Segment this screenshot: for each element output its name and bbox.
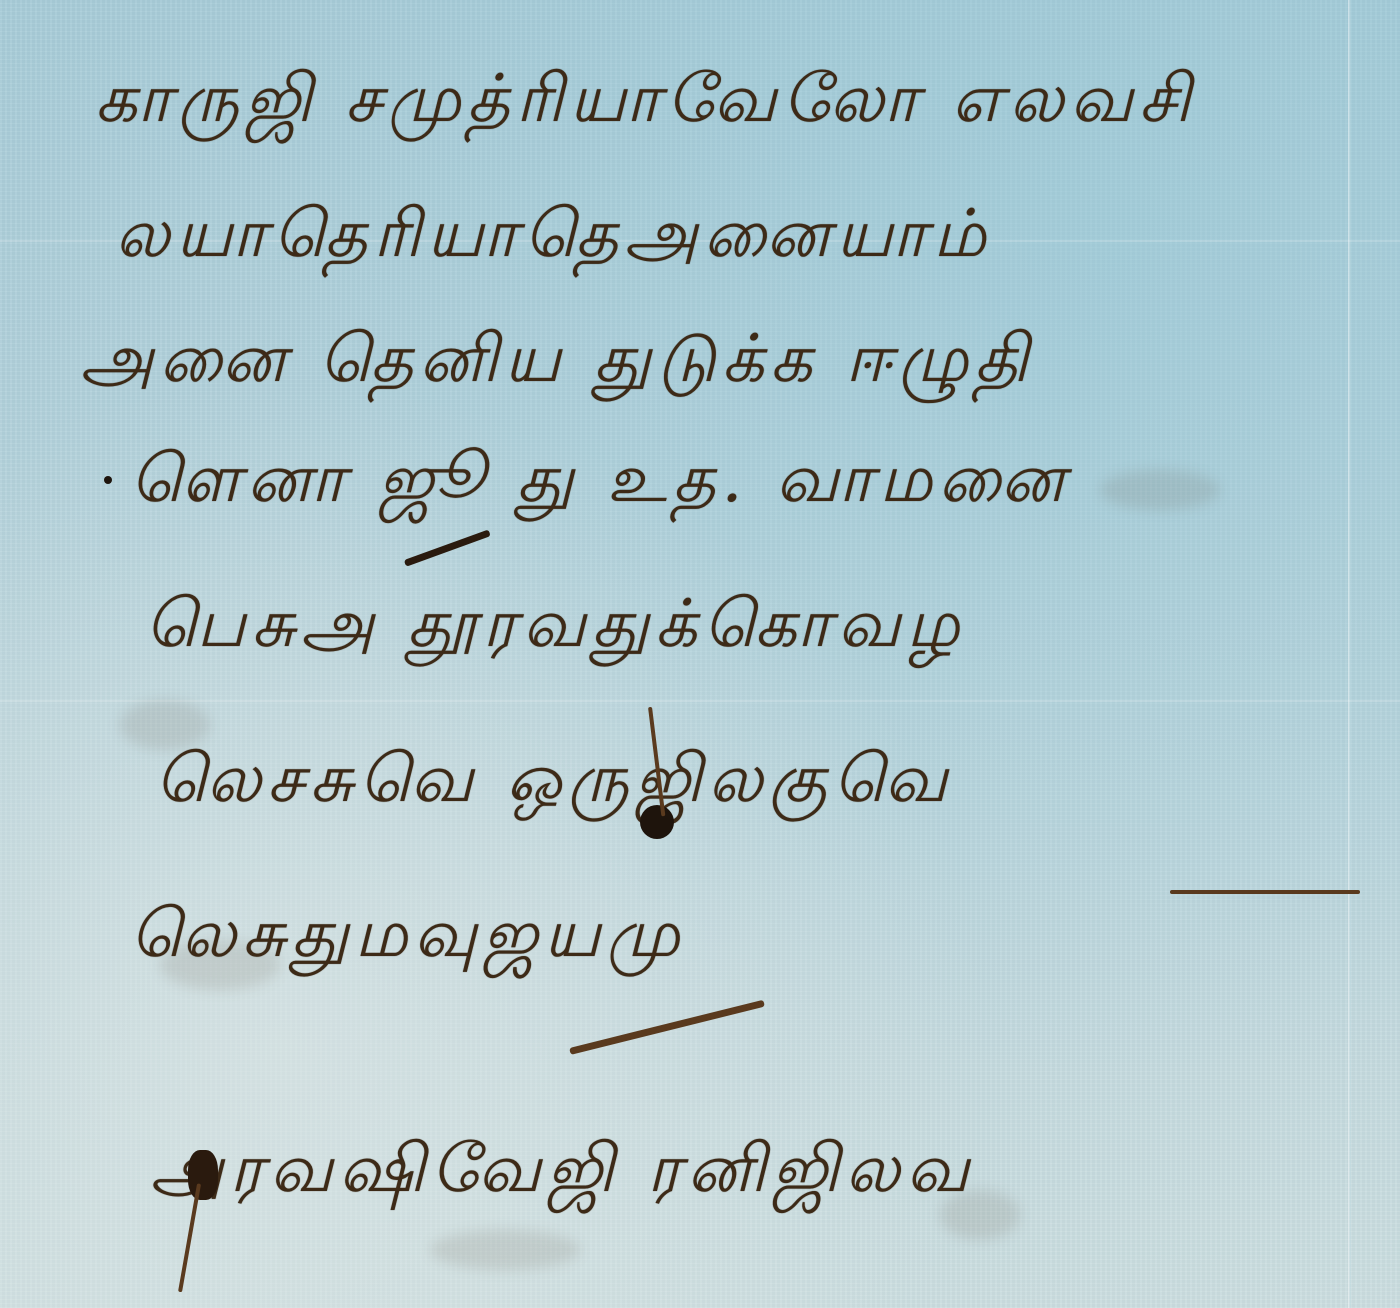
manuscript-line-7: லெசுதுமவுஜயமு <box>130 895 686 981</box>
manuscript-line-1: காருஜி சமுத்ரியாவேலோ எலவசி <box>95 60 1197 146</box>
paper-fold-horizontal <box>0 700 1400 702</box>
ink-stroke <box>569 1000 765 1055</box>
manuscript-line-3: அனை தெனிய துடுக்க ஈழுதி <box>80 320 1034 406</box>
ink-blot <box>188 1150 218 1200</box>
ink-stroke <box>404 529 491 566</box>
manuscript-line-4: ளெனா ஜூ து உத. வாமனை <box>130 440 1071 526</box>
manuscript-line-5: பெசுஅ தூரவதுக்கொவழ <box>145 585 965 671</box>
ink-bleed-stain <box>430 1230 580 1270</box>
ink-blot <box>640 805 674 839</box>
manuscript-paper: காருஜி சமுத்ரியாவேலோ எலவசி லயாதெரியாதெஅன… <box>0 0 1400 1308</box>
paper-fold-vertical <box>1348 0 1351 1308</box>
manuscript-line-6: லெசசுவெ ஒருஜிலகுவெ <box>155 740 953 826</box>
ink-dot <box>104 476 112 484</box>
manuscript-line-8: அரவஷிவேஜி ரனிஜிலவ <box>150 1130 975 1216</box>
manuscript-line-2: லயாதெரியாதெஅனையாம் <box>115 195 992 281</box>
ink-bleed-stain <box>1100 470 1220 510</box>
ink-stroke <box>1170 890 1360 894</box>
